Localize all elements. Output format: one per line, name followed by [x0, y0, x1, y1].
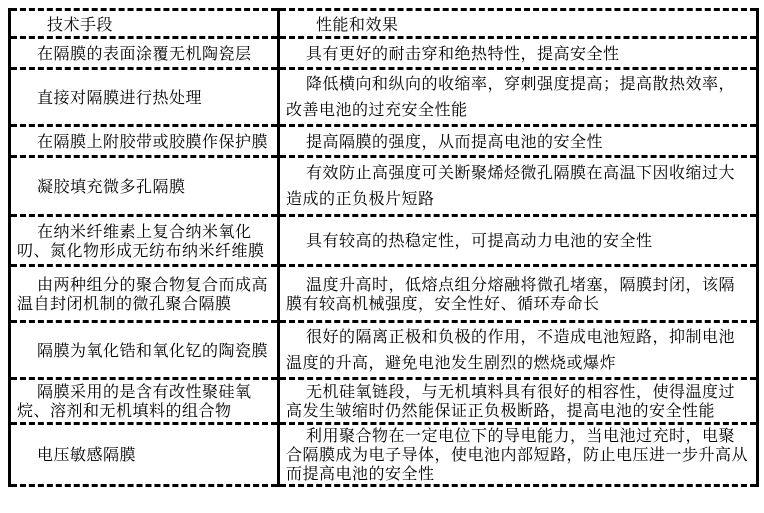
effect-cell: 具有较高的热稳定性，可提高动力电池的安全性: [279, 216, 758, 266]
table-header-row: 技术手段 性能和效果: [10, 10, 758, 38]
table-row: 由两种组分的聚合物复合而成高温自封闭机制的微孔聚合隔膜温度升高时，低熔点组分熔融…: [10, 266, 758, 322]
document-page: 技术手段 性能和效果 在隔膜的表面涂覆无机陶瓷层具有更好的耐击穿和绝热特性，提高…: [8, 8, 756, 487]
table-row: 隔膜为氧化锆和氧化钇的陶瓷膜很好的隔离正极和负极的作用，不造成电池短路，抑制电池…: [10, 322, 758, 379]
table-row: 在隔膜的表面涂覆无机陶瓷层具有更好的耐击穿和绝热特性，提高安全性: [10, 38, 758, 69]
effect-cell: 很好的隔离正极和负极的作用，不造成电池短路，抑制电池温度的升高，避免电池发生剧烈…: [279, 322, 758, 379]
table-row: 凝胶填充微多孔隔膜有效防止高强度可关断聚烯烃微孔隔膜在高温下因收缩过大造成的正负…: [10, 157, 758, 216]
effect-cell: 无机硅氧链段，与无机填料具有很好的相容性，使得温度过高发生皱缩时仍然能保证正负极…: [279, 379, 758, 424]
method-cell: 电压敏感隔膜: [10, 424, 279, 486]
separator-technology-table: 技术手段 性能和效果 在隔膜的表面涂覆无机陶瓷层具有更好的耐击穿和绝热特性，提高…: [8, 8, 759, 487]
method-cell: 凝胶填充微多孔隔膜: [10, 157, 279, 216]
method-cell: 直接对隔膜进行热处理: [10, 69, 279, 126]
effect-cell: 降低横向和纵向的收缩率，穿刺强度提高；提高散热效率，改善电池的过充安全性能: [279, 69, 758, 126]
table-row: 电压敏感隔膜利用聚合物在一定电位下的导电能力，当电池过充时，电聚合隔膜成为电子导…: [10, 424, 758, 486]
effect-cell: 利用聚合物在一定电位下的导电能力，当电池过充时，电聚合隔膜成为电子导体，使电池内…: [279, 424, 758, 486]
table-row: 隔膜采用的是含有改性聚硅氧烷、溶剂和无机填料的组合物无机硅氧链段，与无机填料具有…: [10, 379, 758, 424]
effect-cell: 提高隔膜的强度，从而提高电池的安全性: [279, 126, 758, 157]
method-cell: 隔膜为氧化锆和氧化钇的陶瓷膜: [10, 322, 279, 379]
method-cell: 在隔膜上附胶带或胶膜作保护膜: [10, 126, 279, 157]
effect-cell: 具有更好的耐击穿和绝热特性，提高安全性: [279, 38, 758, 69]
table-row: 在隔膜上附胶带或胶膜作保护膜提高隔膜的强度，从而提高电池的安全性: [10, 126, 758, 157]
effect-cell: 温度升高时，低熔点组分熔融将微孔堵塞，隔膜封闭，该隔膜有较高机械强度，安全性好、…: [279, 266, 758, 322]
method-cell: 隔膜采用的是含有改性聚硅氧烷、溶剂和无机填料的组合物: [10, 379, 279, 424]
table-row: 在纳米纤维素上复合纳米氧化叨、氮化物形成无纺布纳米纤维膜具有较高的热稳定性，可提…: [10, 216, 758, 266]
table-row: 直接对隔膜进行热处理降低横向和纵向的收缩率，穿刺强度提高；提高散热效率，改善电池…: [10, 69, 758, 126]
method-cell: 在隔膜的表面涂覆无机陶瓷层: [10, 38, 279, 69]
method-cell: 在纳米纤维素上复合纳米氧化叨、氮化物形成无纺布纳米纤维膜: [10, 216, 279, 266]
method-cell: 由两种组分的聚合物复合而成高温自封闭机制的微孔聚合隔膜: [10, 266, 279, 322]
effect-cell: 有效防止高强度可关断聚烯烃微孔隔膜在高温下因收缩过大造成的正负极片短路: [279, 157, 758, 216]
column-header-method: 技术手段: [10, 10, 279, 38]
column-header-effect: 性能和效果: [279, 10, 758, 38]
